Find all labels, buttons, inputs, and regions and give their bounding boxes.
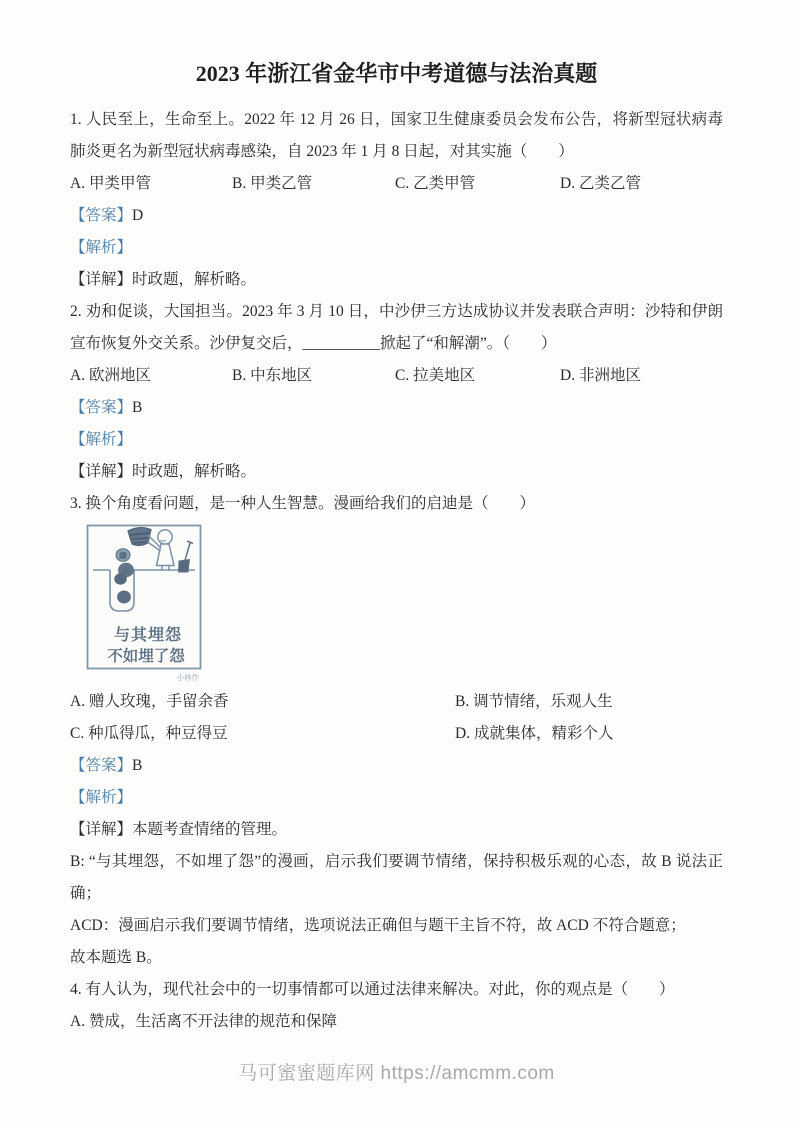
option-c: C. 拉美地区	[395, 360, 560, 392]
exam-page: 2023 年浙江省金华市中考道德与法治真题 1. 人民至上，生命至上。2022 …	[0, 0, 793, 1038]
option-c: C. 种瓜得瓜，种豆得豆	[70, 718, 455, 750]
rock-character: 怨	[120, 551, 128, 560]
detail-line: 【详解】时政题，解析略。	[70, 456, 723, 488]
question-2: 2. 劝和促谈，大国担当。2023 年 3 月 10 日，中沙伊三方达成协议并发…	[70, 296, 723, 488]
options-row: A. 欧洲地区 B. 中东地区 C. 拉美地区 D. 非洲地区	[70, 360, 723, 392]
option-c: C. 乙类甲管	[395, 168, 560, 200]
caption-line-1: 与其埋怨	[114, 625, 182, 644]
answer-label: 【答案】	[70, 207, 132, 224]
detail-line: 【详解】本题考查情绪的管理。	[70, 814, 723, 846]
detail-text: 时政题，解析略。	[132, 271, 256, 288]
analysis-label: 【解析】	[70, 431, 132, 448]
option-d: D. 成就集体，精彩个人	[455, 718, 723, 750]
answer-label: 【答案】	[70, 757, 132, 774]
question-text: 换个角度看问题，是一种人生智慧。漫画给我们的启迪是（ ）	[86, 495, 536, 512]
options-row: A. 赠人玫瑰，手留余香 B. 调节情绪，乐观人生	[70, 686, 723, 718]
detail-line: 【详解】时政题，解析略。	[70, 264, 723, 296]
option-d: D. 非洲地区	[560, 360, 723, 392]
page-title: 2023 年浙江省金华市中考道德与法治真题	[70, 58, 723, 90]
question-3: 3. 换个角度看问题，是一种人生智慧。漫画给我们的启迪是（ ） 怨	[70, 488, 723, 974]
option-d: D. 乙类乙管	[560, 168, 723, 200]
option-b: B. 调节情绪，乐观人生	[455, 686, 723, 718]
answer-line: 【答案】B	[70, 750, 723, 782]
rock-character: 怨	[123, 566, 131, 575]
analysis-label: 【解析】	[70, 789, 132, 806]
question-stem: 2. 劝和促谈，大国担当。2023 年 3 月 10 日，中沙伊三方达成协议并发…	[70, 296, 723, 360]
question-text: 有人认为，现代社会中的一切事情都可以通过法律来解决。对此，你的观点是（ ）	[86, 981, 675, 998]
watermark-footer: 马可蜜蜜题库网 https://amcmm.com	[0, 1058, 793, 1085]
explanation-line-b: B: “与其埋怨，不如埋了怨”的漫画，启示我们要调节情绪，保持积极乐观的心态，故…	[70, 846, 723, 910]
detail-text: 本题考查情绪的管理。	[132, 821, 287, 838]
options-row: C. 种瓜得瓜，种豆得豆 D. 成就集体，精彩个人	[70, 718, 723, 750]
analysis-label: 【解析】	[70, 239, 132, 256]
question-text: 人民至上，生命至上。2022 年 12 月 26 日，国家卫生健康委员会发布公告…	[70, 111, 723, 160]
option-a: A. 欧洲地区	[70, 360, 232, 392]
analysis-line: 【解析】	[70, 782, 723, 814]
option-b: B. 中东地区	[232, 360, 395, 392]
explanation-line-acd: ACD：漫画启示我们要调节情绪，选项说法正确但与题干主旨不符，故 ACD 不符合…	[70, 910, 723, 942]
question-stem: 4. 有人认为，现代社会中的一切事情都可以通过法律来解决。对此，你的观点是（ ）	[70, 974, 723, 1006]
detail-label: 【详解】	[70, 271, 132, 288]
explanation-conclusion: 故本题选 B。	[70, 942, 723, 974]
cartoon-image: 怨 怨	[86, 524, 204, 684]
caption-line-2: 不如埋了怨	[107, 646, 185, 665]
options-row: A. 甲类甲管 B. 甲类乙管 C. 乙类甲管 D. 乙类乙管	[70, 168, 723, 200]
question-number: 3.	[70, 495, 82, 512]
basket	[128, 528, 151, 546]
detail-label: 【详解】	[70, 821, 132, 838]
question-number: 2.	[70, 303, 82, 320]
analysis-line: 【解析】	[70, 424, 723, 456]
option-a: A. 赠人玫瑰，手留余香	[70, 686, 455, 718]
answer-value: B	[132, 757, 142, 774]
question-number: 4.	[70, 981, 82, 998]
answer-label: 【答案】	[70, 399, 132, 416]
answer-line: 【答案】B	[70, 392, 723, 424]
option-a: A. 赞成，生活离不开法律的规范和保障	[70, 1006, 723, 1038]
detail-label: 【详解】	[70, 463, 132, 480]
option-b: B. 甲类乙管	[232, 168, 395, 200]
artist-signature: 小林作	[177, 672, 200, 682]
answer-value: B	[132, 399, 142, 416]
question-4: 4. 有人认为，现代社会中的一切事情都可以通过法律来解决。对此，你的观点是（ ）…	[70, 974, 723, 1038]
analysis-line: 【解析】	[70, 232, 723, 264]
question-text: 劝和促谈，大国担当。2023 年 3 月 10 日，中沙伊三方达成协议并发表联合…	[70, 303, 723, 352]
question-stem: 1. 人民至上，生命至上。2022 年 12 月 26 日，国家卫生健康委员会发…	[70, 104, 723, 168]
option-a: A. 甲类甲管	[70, 168, 232, 200]
comic-figure: 怨 怨	[86, 524, 204, 684]
question-1: 1. 人民至上，生命至上。2022 年 12 月 26 日，国家卫生健康委员会发…	[70, 104, 723, 296]
detail-text: 时政题，解析略。	[132, 463, 256, 480]
answer-line: 【答案】D	[70, 200, 723, 232]
question-number: 1.	[70, 111, 82, 128]
question-stem: 3. 换个角度看问题，是一种人生智慧。漫画给我们的启迪是（ ）	[70, 488, 723, 520]
answer-value: D	[132, 207, 143, 224]
